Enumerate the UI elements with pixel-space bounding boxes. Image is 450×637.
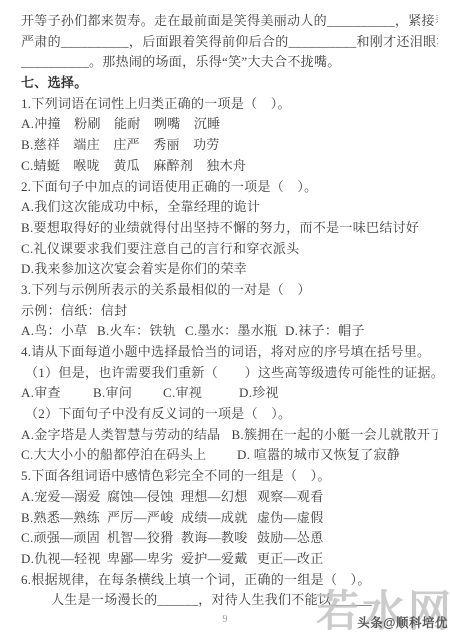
question-4-sub2-option-d: D. 喧嚣的城市又恢复了寂静 — [237, 445, 400, 466]
exam-paper-page: 开等子孙们都来贺寿。走在最前面是笑得美丽动人的__________，紧接着是一点… — [0, 0, 450, 637]
question-3-option-b: B.火车：铁轨 — [97, 321, 185, 342]
word-pair: 机智—狡猾 — [107, 528, 181, 549]
question-3-option-d: D.袜子：帽子 — [285, 321, 365, 342]
word-pair: 严厉—严峻 — [107, 508, 181, 529]
word-pair: 鼓励—怂恿 — [257, 528, 324, 549]
question-2-option-d: D.我来参加这次宴会着实是你们的荣幸 — [21, 259, 438, 280]
word-pair: 更正—改正 — [257, 549, 324, 570]
question-2-option-b: B.要想取得好的业绩就得付出坚持不懈的努力，而不是一味巴结讨好 — [21, 218, 438, 239]
question-4-sub2-options-row-2: C.大大小小的船都停泊在码头上 D. 喧嚣的城市又恢复了寂静 — [21, 445, 438, 466]
question-2-stem: 2.下面句子中加点的词语使用正确的一项是（ ）。 — [21, 177, 438, 198]
passage-line: 严肃的__________，后面跟着笑得前仰后合的__________和刚才还泪… — [21, 32, 438, 53]
word-pair: D.仇视—轻视 — [21, 549, 107, 570]
word-pair: C.顽强—顽固 — [21, 528, 107, 549]
question-4-sub2-option-a: A.金字塔是人类智慧与劳动的结晶 — [21, 425, 231, 446]
question-4-sub1-option-b: B.审问 — [93, 383, 163, 404]
question-4-sub2-option-c: C.大大小小的船都停泊在码头上 — [21, 445, 237, 466]
question-1-option-b: B.慈祥 端庄 庄严 秀丽 功劳 — [21, 135, 438, 156]
section-title: 七、选择。 — [21, 73, 438, 94]
question-3-options-row: A.鸟：小草 B.火车：铁轨 C.墨水：墨水瓶 D.袜子：帽子 — [21, 321, 438, 342]
question-5-option-a-row: A.宠爱—溺爱 腐蚀—侵蚀 理想—幻想 观察—观看 — [21, 487, 438, 508]
question-1-option-c: C.蜻蜓 喉咙 黄瓜 麻醉剂 独木舟 — [21, 156, 438, 177]
word-pair: 腐蚀—侵蚀 — [107, 487, 181, 508]
word-pair: 卑鄙—卑劣 — [107, 549, 181, 570]
question-5-option-c-row: C.顽强—顽固 机智—狡猾 教诲—教唆 鼓励—怂恿 — [21, 528, 438, 549]
question-5-option-b-row: B.熟悉—熟练 严厉—严峻 成绩—成就 虚伪—虚假 — [21, 508, 438, 529]
question-3-option-c: C.墨水：墨水瓶 — [185, 321, 285, 342]
question-5-stem: 5.下面各组词语中感情色彩完全不同的一组是（ ）。 — [21, 466, 438, 487]
question-4-sub2-options-row-1: A.金字塔是人类智慧与劳动的结晶 B.簇拥在一起的小艇一会儿就散开了 — [21, 425, 438, 446]
question-3-stem: 3.下列与示例所表示的关系最相似的一对是（ ） — [21, 280, 438, 301]
passage-line: 开等子孙们都来贺寿。走在最前面是笑得美丽动人的__________，紧接着是一点… — [21, 11, 438, 32]
question-1-option-a: A.冲撞 粉刷 能耐 咧嘴 沉睡 — [21, 114, 438, 135]
question-4-sub1-option-a: A.审查 — [21, 383, 93, 404]
passage-line: __________。那热闹的场面，乐得“笑”大夫合不拢嘴。 — [21, 52, 438, 73]
question-1-stem: 1.下列词语在词性上归类正确的一项是（ ）。 — [21, 94, 438, 115]
question-6-fill-line: 人生是一场漫长的______，对待人生我们不能以______ — [21, 590, 438, 611]
word-pair: 理想—幻想 — [181, 487, 257, 508]
page-number: 9 — [0, 614, 450, 625]
word-pair: B.熟悉—熟练 — [21, 508, 107, 529]
question-4-sub1-option-d: D.珍视 — [239, 383, 279, 404]
question-4-sub2-stem: （2）下面句子中没有反义词的一项是（ ）。 — [21, 404, 438, 425]
word-pair: 爱护—爱戴 — [181, 549, 257, 570]
word-pair: A.宠爱—溺爱 — [21, 487, 107, 508]
question-6-stem: 6.根据规律，在每条横线上填一个词，正确的一组是（ ）。 — [21, 570, 438, 591]
question-4-sub1-stem: （1）但是，也许需要我们重新（ ）这些高等级遗传可能性的证据。 — [21, 363, 438, 384]
page-content: 开等子孙们都来贺寿。走在最前面是笑得美丽动人的__________，紧接着是一点… — [21, 11, 438, 611]
word-pair: 教诲—教唆 — [181, 528, 257, 549]
word-pair: 成绩—成就 — [181, 508, 257, 529]
question-5-option-d-row: D.仇视—轻视 卑鄙—卑劣 爱护—爱戴 更正—改正 — [21, 549, 438, 570]
question-3-example: 示例：信纸：信封 — [21, 301, 438, 322]
question-4-sub1-option-c: C.审视 — [163, 383, 239, 404]
question-4-sub2-option-b: B.簇拥在一起的小艇一会儿就散开了 — [231, 425, 438, 446]
word-pair: 虚伪—虚假 — [257, 508, 324, 529]
question-4-sub1-options-row: A.审查 B.审问 C.审视 D.珍视 — [21, 383, 438, 404]
word-pair: 观察—观看 — [257, 487, 324, 508]
question-2-option-c: C.礼仪课要求我们要注意自己的言行和穿衣派头 — [21, 239, 438, 260]
question-4-stem: 4.请从下面每道小题中选择最恰当的词语，将对应的序号填在括号里。 — [21, 342, 438, 363]
question-3-option-a: A.鸟：小草 — [21, 321, 97, 342]
question-2-option-a: A.我们这次能成功中标，全靠经理的诡计 — [21, 197, 438, 218]
